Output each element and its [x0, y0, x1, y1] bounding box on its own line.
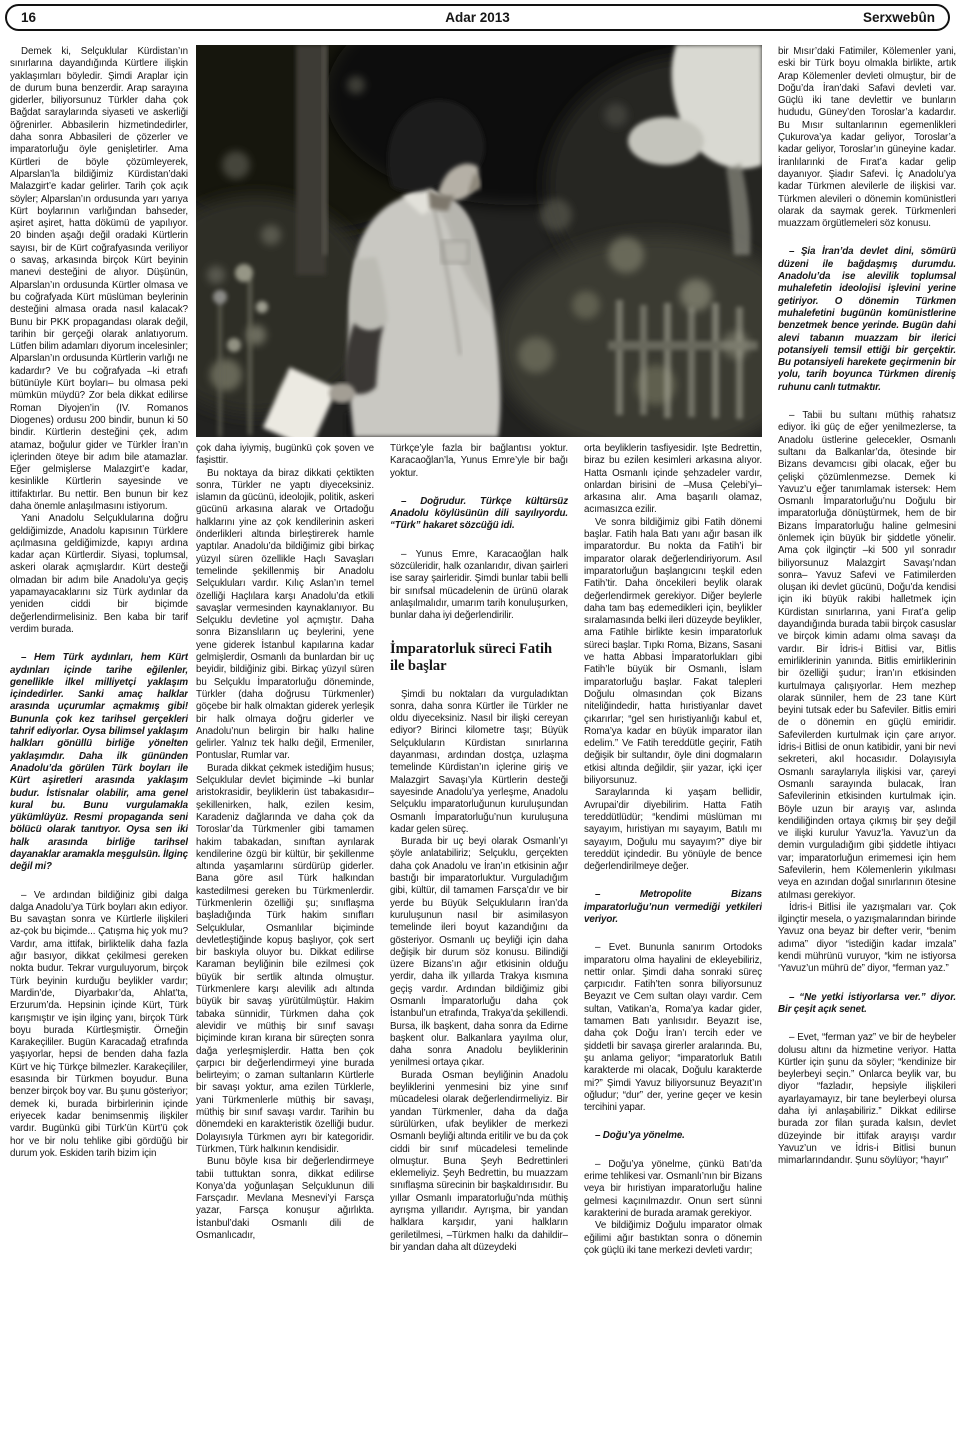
interview-question: – Doğu’ya yönelme. — [584, 1130, 762, 1142]
paragraph: Bu noktaya da biraz dikkati çektikten so… — [196, 468, 374, 763]
paragraph: Ve sonra bildiğimiz gibi Fatih dönemi ba… — [584, 517, 762, 788]
paragraph: Yani Anadolu Selçuklularına doğru geldiğ… — [10, 513, 188, 636]
interview-question: – “Ne yetki istiyorlarsa ver.” diyor. Bi… — [778, 992, 956, 1017]
interview-answer: – Tabii bu sultanı müthiş rahatsız ediyo… — [778, 410, 956, 902]
paragraph: Burada Osman beyliğinin Anadolu beylikle… — [390, 1070, 568, 1254]
paragraph: Demek ki, Selçuklular Kürdistan’ın sınır… — [10, 46, 188, 513]
section-heading: İmparatorluk süreci Fatih ile başlar — [390, 641, 568, 676]
paragraph-continued: Türkçe’yle fazla bir bağlantısı yoktur. … — [390, 443, 568, 480]
interview-question: – Metropolite Bizans imparatorluğu’nun v… — [584, 889, 762, 926]
paragraph: Ve bildiğimiz Doğulu imparator olmak eği… — [584, 1220, 762, 1257]
text-column-2: çok daha iyiymiş, bugünkü çok şoven ve f… — [196, 443, 374, 1435]
interview-answer: – Evet. Bununla sanırım Ortodoks imparat… — [584, 942, 762, 1114]
paragraph: Şimdi bu noktaları da vurguladıktan sonr… — [390, 689, 568, 837]
text-column-3: Türkçe’yle fazla bir bağlantısı yoktur. … — [390, 443, 568, 1435]
interview-answer: – Yunus Emre, Karacaoğlan halk sözcüleri… — [390, 549, 568, 623]
paragraph-continued: orta beyliklerin tasfiyesidir. İşte Bedr… — [584, 443, 762, 517]
issue-date: Adar 2013 — [7, 10, 948, 25]
paragraph: Burada dikkat çekmek istediğim husus; Se… — [196, 763, 374, 1157]
text-column-1: Demek ki, Selçuklular Kürdistan’ın sınır… — [10, 46, 188, 1434]
paragraph: Bunu böyle kısa bir değerlendirmeye tabi… — [196, 1156, 374, 1242]
paragraph: Burada bir uç beyi olarak Osmanlı’yı şöy… — [390, 836, 568, 1070]
interview-answer: – Doğu’ya yönelme, çünkü Batı’da erime t… — [584, 1159, 762, 1220]
paragraph: İdris-i Bitlisi ile yazışmaları var. Çok… — [778, 902, 956, 976]
text-column-5: bir Mısır’daki Fatimiler, Kölemenler yan… — [778, 46, 956, 1434]
page-header: 16 Adar 2013 Serxwebûn — [5, 4, 950, 31]
text-column-4: orta beyliklerin tasfiyesidir. İşte Bedr… — [584, 443, 762, 1435]
interview-answer: – Evet, “ferman yaz” ve bir de heybeler … — [778, 1032, 956, 1167]
photo-illustration — [196, 45, 762, 437]
paragraph: Saraylarında ki yaşam bellidir, Avrupai’… — [584, 787, 762, 873]
interview-answer: – Ve ardından bildiğiniz gibi dalga dalg… — [10, 890, 188, 1161]
interview-question: – Hem Türk aydınları, hem Kürt aydınları… — [10, 652, 188, 873]
paragraph-continued: bir Mısır’daki Fatimiler, Kölemenler yan… — [778, 46, 956, 230]
paragraph-continued: çok daha iyiymiş, bugünkü çok şoven ve f… — [196, 443, 374, 468]
interview-question: – Şia İran’da devlet dini, sömürü düzeni… — [778, 246, 956, 394]
article-photo — [196, 45, 762, 437]
masthead: Serxwebûn — [863, 10, 948, 25]
interview-question: – Doğrudur. Türkçe kültürsüz Anadolu köy… — [390, 496, 568, 533]
newspaper-page: 16 Adar 2013 Serxwebûn — [0, 0, 960, 1439]
